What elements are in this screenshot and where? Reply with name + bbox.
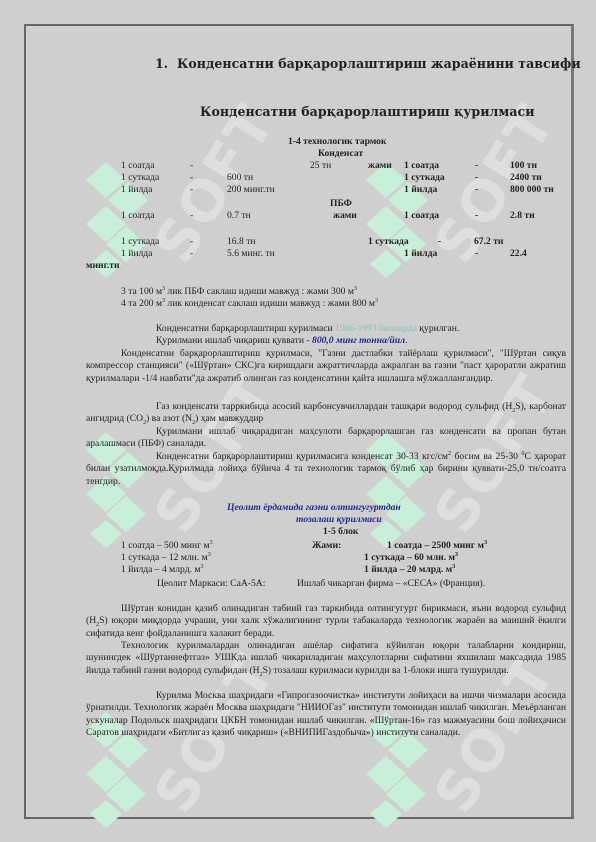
zeolite-row-right: 1 суткада – 60 млн. м3 <box>364 552 458 564</box>
zeolite-total-label: Жами: <box>312 540 341 552</box>
cond-value: 600 тн <box>227 172 253 184</box>
tech-block-title: 1-4 технологик тармок <box>288 136 387 148</box>
zeolite-title-line-2: тозалаш қурилмаси <box>296 514 382 526</box>
pbf-total-dash: - <box>475 248 478 260</box>
pbf-dash: - <box>190 236 193 248</box>
pbf-value: 16.8 тн <box>227 236 256 248</box>
cond-total-period: 1 йилда <box>404 184 437 196</box>
pbf-dash: - <box>190 248 193 260</box>
pbf-total-dash: - <box>438 236 441 248</box>
zeolite-title-line-1: Цеолит ёрдамида газни олтингугуртдан <box>227 502 401 514</box>
pbf-period: 1 соатда <box>121 210 154 222</box>
pbf-value: 0.7 тн <box>227 210 251 222</box>
zeolite-row-left: 1 йилда – 4 млрд. м3 <box>121 564 203 576</box>
cond-period: 1 соатда <box>121 160 154 172</box>
paragraph-h2s: Шўртан конидан қазиб олинадиган табиий г… <box>86 603 566 640</box>
zeolite-manufacturer: Ишлаб чикарган фирма – «СЕСА» (Франция). <box>297 578 485 590</box>
storage-line-1: 3 та 100 м3 лик ПБФ саклаш идиши мавжуд … <box>121 286 357 298</box>
cond-dash: - <box>190 160 193 172</box>
capacity-line: Қурилмани ишлаб чиқариш қуввати - 800,0 … <box>156 335 407 347</box>
built-years-line: Конденсатни барқарорлаштирш қурилмаси 19… <box>156 323 459 335</box>
pbf-total-value: 67.2 тн <box>474 236 503 248</box>
condensate-label: Конденсат <box>318 148 363 160</box>
pbf-total-period: 1 суткада <box>368 236 409 248</box>
pbf-total-value: 2.8 тн <box>510 210 535 222</box>
paragraph-composition: Газ конденсати тарркибида асосий карбонс… <box>86 401 566 426</box>
pbf-period: 1 суткада <box>121 236 159 248</box>
zeolite-row-left: 1 суткада – 12 млн. м3 <box>121 552 211 564</box>
cond-value: 200 минг.тн <box>227 184 275 196</box>
heading-title: Конденсатни барқарорлаштириш жараёнини т… <box>177 56 581 71</box>
page-heading: 1. Конденсатни барқарорлаштириш жараёнин… <box>155 58 581 70</box>
paragraph-1985: Технологик курилмалардан олинадиган ашёл… <box>86 640 566 677</box>
zeolite-brand: Цеолит Маркаси: СаА-5А: <box>157 578 265 590</box>
cond-total-dash: - <box>475 172 478 184</box>
cond-total-value: 100 тн <box>510 160 537 172</box>
cond-total-label: жами <box>368 160 392 172</box>
zeolite-row-right: 1 йилда – 20 млрд. м3 <box>364 564 455 576</box>
paragraph-designers: Курилма Москва шаҳридаги «Гипрогазоочист… <box>86 690 566 740</box>
paragraph-products: Қурилмани ишлаб чиқарадиган маҳсулоти ба… <box>86 426 566 451</box>
cond-dash: - <box>190 184 193 196</box>
zeolite-row-right: 1 соатда – 2500 минг м3 <box>387 540 487 552</box>
cond-dash: - <box>190 172 193 184</box>
zeolite-row-left: 1 соатда – 500 минг м3 <box>121 540 213 552</box>
pbf-label: ПБФ <box>330 198 352 210</box>
pbf-total-value: 22.4 <box>510 248 527 260</box>
cond-total-value: 800 000 тн <box>510 184 554 196</box>
cond-total-period: 1 суткада <box>404 172 445 184</box>
cond-value: 25 тн <box>310 160 331 172</box>
zeolite-block: 1-5 блок <box>323 526 358 538</box>
paragraph-pressure: Конденсатни барқарорлаштириш қурилмасига… <box>86 451 566 488</box>
cond-total-dash: - <box>475 160 478 172</box>
built-years: 1986-1993 йилларда <box>335 323 417 334</box>
pbf-total-label: жами <box>333 210 357 222</box>
pbf-total-value-wrap: минг.тн <box>86 260 120 272</box>
paragraph-purpose: Конденсатни барқарорлаштириш қурилмаси, … <box>86 348 566 385</box>
pbf-dash: - <box>190 210 193 222</box>
pbf-total-period: 1 соатда <box>404 210 439 222</box>
cond-total-period: 1 соатда <box>404 160 439 172</box>
cond-total-dash: - <box>475 184 478 196</box>
cond-total-value: 2400 тн <box>510 172 542 184</box>
pbf-value: 5.6 минг. тн <box>227 248 275 260</box>
pbf-total-dash: - <box>475 210 478 222</box>
heading-number: 1. <box>155 56 168 71</box>
capacity-value: 800,0 минг тонна/йил <box>312 335 405 346</box>
section-title: Конденсатни барқарорлаштириш қурилмаси <box>200 106 535 118</box>
cond-period: 1 суткада <box>121 172 159 184</box>
pbf-period: 1 йилда <box>121 248 152 260</box>
pbf-total-period: 1 йилда <box>404 248 437 260</box>
storage-line-2: 4 та 200 м3 лик конденсат саклаш идиши м… <box>121 298 378 310</box>
cond-period: 1 йилда <box>121 184 152 196</box>
